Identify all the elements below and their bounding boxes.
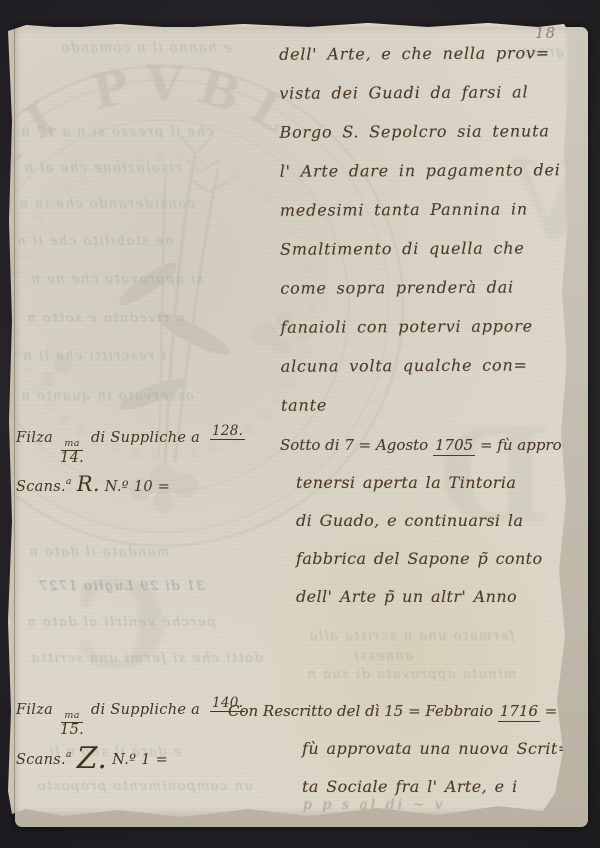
bleedthrough-text: dotti che si fermi una scritta xyxy=(30,651,263,666)
manuscript-page: ERTATI PVBL xyxy=(8,21,578,821)
photograph-background: ERTATI PVBL xyxy=(0,0,600,848)
underlined-year: 1716 xyxy=(498,702,540,722)
handwritten-line: medesimi tanta Pannina in xyxy=(280,189,561,229)
shelf-letter: Z. xyxy=(77,741,107,776)
handwritten-line: come sopra prenderà dai xyxy=(280,267,561,307)
handwritten-line: di Guado, e continuarsi la xyxy=(280,502,594,540)
archive-reference-line: Filza ma 14. di Suppliche a 128. xyxy=(16,430,245,472)
handwritten-line: alcuna volta qualche con= xyxy=(281,345,562,385)
bleedthrough-text: fermato una n scritta alla xyxy=(308,629,515,644)
handwritten-line: dell' Arte p̃ un altr' Anno xyxy=(280,578,594,616)
bleedthrough-text: ne stabilito che li n xyxy=(16,234,174,249)
handwritten-line: Con Rescritto del dì 15 = Febbraio 1716 … xyxy=(228,692,572,730)
page-reference: 128. xyxy=(210,423,245,440)
archive-reference-line: Filza ma 15. di Suppliche a 140. xyxy=(16,702,245,744)
bleedthrough-text: annessi xyxy=(353,649,413,664)
handwritten-line: tante xyxy=(281,384,562,424)
paragraph-1: dell' Arte, e che nella prov= vista dei … xyxy=(279,33,562,424)
suppliche-word: di Suppliche a xyxy=(91,430,200,446)
suppliche-word: di Suppliche a xyxy=(91,702,200,718)
handwritten-line: Borgo S. Sepolcro sia tenuta xyxy=(279,111,560,151)
bleedthrough-text: minuta approvata di sua n xyxy=(306,667,516,682)
margin-note-2: Filza ma 15. di Suppliche a 140. Scans.a… xyxy=(16,702,245,774)
bleedthrough-text: mandato il dato n xyxy=(28,545,169,560)
filza-ordinal: ma 14. xyxy=(60,439,84,465)
filza-word: Filza xyxy=(16,430,53,446)
filza-word: Filza xyxy=(16,702,53,718)
handwritten-line: Smaltimento di quella che xyxy=(280,228,561,268)
margin-note-1: Filza ma 14. di Suppliche a 128. Scans.a… xyxy=(16,430,245,496)
bleedthrough-text: che il prezzo si n a 17 n xyxy=(20,125,214,140)
handwritten-line: dell' Arte, e che nella prov= xyxy=(279,33,560,73)
bleedthrough-text: perchè venirli al dato n xyxy=(26,615,216,630)
bleedthrough-text: i rescritti che li n xyxy=(22,349,166,364)
bleedthrough-text: si approvato che ne n xyxy=(30,272,203,287)
handwritten-line: ta Sociale fra l' Arte, e i xyxy=(228,768,572,806)
bleedthrough-text: 31 di 29 Luglio 1727 xyxy=(38,579,205,594)
handwritten-line: vista dei Guadi da farsi al xyxy=(279,72,560,112)
shelf-reference-line: Scans.a R. N.º 10 = xyxy=(16,472,245,496)
bleedthrough-text: considerando che in n xyxy=(18,197,195,212)
paragraph-2: Sotto di 7 = Agosto 1705 = fù approvato … xyxy=(280,426,594,616)
handwritten-line: l' Arte dare in pagamento dei xyxy=(280,150,561,190)
binding-crease xyxy=(14,21,15,821)
filza-ordinal: ma 15. xyxy=(60,711,84,737)
bleedthrough-text: osservato in quanto n xyxy=(20,389,194,404)
paragraph-3: Con Rescritto del dì 15 = Febbraio 1716 … xyxy=(228,692,572,806)
shelf-letter: R. xyxy=(77,472,100,496)
bleedthrough-text: n riveduto e sotto n xyxy=(26,311,185,326)
handwritten-line: tenersi aperta la Tintoria xyxy=(280,464,594,502)
handwritten-line: fabbrica del Sapone p̃ conto xyxy=(280,540,594,578)
bleedthrough-text: un componimento proposto xyxy=(36,779,253,794)
bleedthrough-text: risoluzione che al n xyxy=(23,161,181,176)
handwritten-line: Sotto di 7 = Agosto 1705 = fù approvato xyxy=(280,426,594,464)
shelf-reference-line: Scans.a Z. N.º 1 = xyxy=(16,744,245,774)
shelf-number: N.º 1 = xyxy=(112,752,168,768)
underlined-year: 1705 xyxy=(433,436,475,456)
handwritten-line: fanaioli con potervi appore xyxy=(280,306,561,346)
shelf-number: N.º 10 = xyxy=(105,479,170,495)
bleedthrough-text: e hanno il n comando xyxy=(60,41,231,56)
handwritten-line: fù approvata una nuova Scrit= xyxy=(228,730,572,768)
